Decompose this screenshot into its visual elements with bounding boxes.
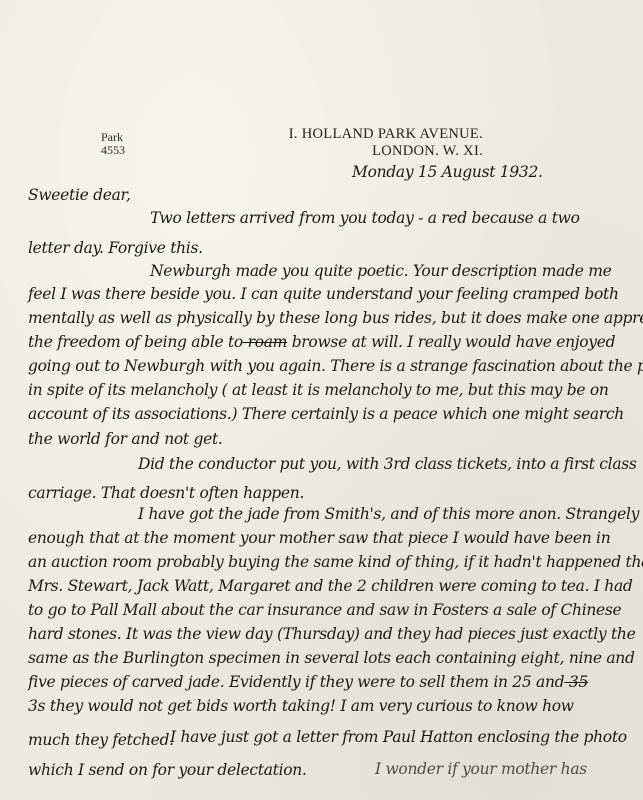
line-text-continued: browse at will. I really would have enjo… bbox=[287, 333, 615, 351]
letterhead-phone: Park 4553 bbox=[101, 131, 125, 157]
line-text: in spite of its melancholy ( at least it… bbox=[28, 381, 609, 399]
reverse-side-bleed-through bbox=[20, 20, 620, 108]
letter-line: 3s they would not get bids worth taking!… bbox=[28, 697, 574, 715]
letter-line: same as the Burlington specimen in sever… bbox=[28, 649, 635, 667]
line-text: account of its associations.) There cert… bbox=[28, 405, 624, 423]
line-text: mentally as well as physically by these … bbox=[28, 309, 643, 327]
line-text: letter day. Forgive this. bbox=[28, 239, 203, 257]
letter-line: to go to Pall Mall about the car insuran… bbox=[28, 601, 621, 619]
line-text: the world for and not get. bbox=[28, 430, 223, 448]
line-text: enough that at the moment your mother sa… bbox=[28, 529, 610, 547]
letter-line: Two letters arrived from you today - a r… bbox=[150, 209, 580, 227]
letter-line: mentally as well as physically by these … bbox=[28, 309, 643, 327]
address-line-1: I. HOLLAND PARK AVENUE. bbox=[289, 126, 483, 143]
line-text: Two letters arrived from you today - a r… bbox=[150, 209, 580, 227]
letter-line: which I send on for your delectation. bbox=[28, 761, 307, 779]
letter-line: hard stones. It was the view day (Thursd… bbox=[28, 625, 635, 643]
letter-line: going out to Newburgh with you again. Th… bbox=[28, 357, 643, 375]
line-text: much they fetched. bbox=[28, 731, 174, 749]
phone-number: 4553 bbox=[101, 144, 125, 157]
line-text: five pieces of carved jade. Evidently if… bbox=[28, 673, 564, 691]
letter-line: the world for and not get. bbox=[28, 430, 223, 448]
line-text: hard stones. It was the view day (Thursd… bbox=[28, 625, 635, 643]
line-text: Mrs. Stewart, Jack Watt, Margaret and th… bbox=[28, 577, 633, 595]
line-text: carriage. That doesn't often happen. bbox=[28, 484, 304, 502]
letter-line: account of its associations.) There cert… bbox=[28, 405, 624, 423]
line-text: Newburgh made you quite poetic. Your des… bbox=[150, 262, 611, 280]
struck-word: 35 bbox=[564, 673, 588, 691]
line-text: an auction room probably buying the same… bbox=[28, 553, 643, 571]
line-text: same as the Burlington specimen in sever… bbox=[28, 649, 635, 667]
letter-line: I wonder if your mother has bbox=[375, 760, 587, 778]
letter-line: feel I was there beside you. I can quite… bbox=[28, 285, 619, 303]
letter-line: I have got the jade from Smith's, and of… bbox=[138, 505, 639, 523]
letter-line: letter day. Forgive this. bbox=[28, 239, 203, 257]
line-text: I have got the jade from Smith's, and of… bbox=[138, 505, 639, 523]
letter-line: enough that at the moment your mother sa… bbox=[28, 529, 610, 547]
letter-line: Did the conductor put you, with 3rd clas… bbox=[138, 455, 637, 473]
line-text: I have just got a letter from Paul Hatto… bbox=[170, 728, 627, 746]
letter-line: the freedom of being able to roam browse… bbox=[28, 333, 615, 351]
letter-line: an auction room probably buying the same… bbox=[28, 553, 643, 571]
line-text: feel I was there beside you. I can quite… bbox=[28, 285, 619, 303]
address-line-2: LONDON. W. XI. bbox=[289, 143, 483, 160]
line-text: which I send on for your delectation. bbox=[28, 761, 307, 779]
letter-line: in spite of its melancholy ( at least it… bbox=[28, 381, 609, 399]
salutation: Sweetie dear, bbox=[28, 186, 131, 204]
letter-line: five pieces of carved jade. Evidently if… bbox=[28, 673, 588, 691]
line-text: Did the conductor put you, with 3rd clas… bbox=[138, 455, 637, 473]
letter-line: Newburgh made you quite poetic. Your des… bbox=[150, 262, 611, 280]
letter-line: much they fetched. bbox=[28, 731, 174, 749]
line-text: I wonder if your mother has bbox=[375, 760, 587, 778]
letter-line: carriage. That doesn't often happen. bbox=[28, 484, 304, 502]
line-text: going out to Newburgh with you again. Th… bbox=[28, 357, 643, 375]
struck-word: roam bbox=[243, 333, 287, 351]
letterhead-address: I. HOLLAND PARK AVENUE. LONDON. W. XI. bbox=[289, 126, 483, 160]
line-text: the freedom of being able to bbox=[28, 333, 243, 351]
letter-line: I have just got a letter from Paul Hatto… bbox=[170, 728, 627, 746]
letter-date: Monday 15 August 1932. bbox=[352, 163, 543, 181]
line-text: 3s they would not get bids worth taking!… bbox=[28, 697, 574, 715]
letter-line: Mrs. Stewart, Jack Watt, Margaret and th… bbox=[28, 577, 633, 595]
line-text: to go to Pall Mall about the car insuran… bbox=[28, 601, 621, 619]
